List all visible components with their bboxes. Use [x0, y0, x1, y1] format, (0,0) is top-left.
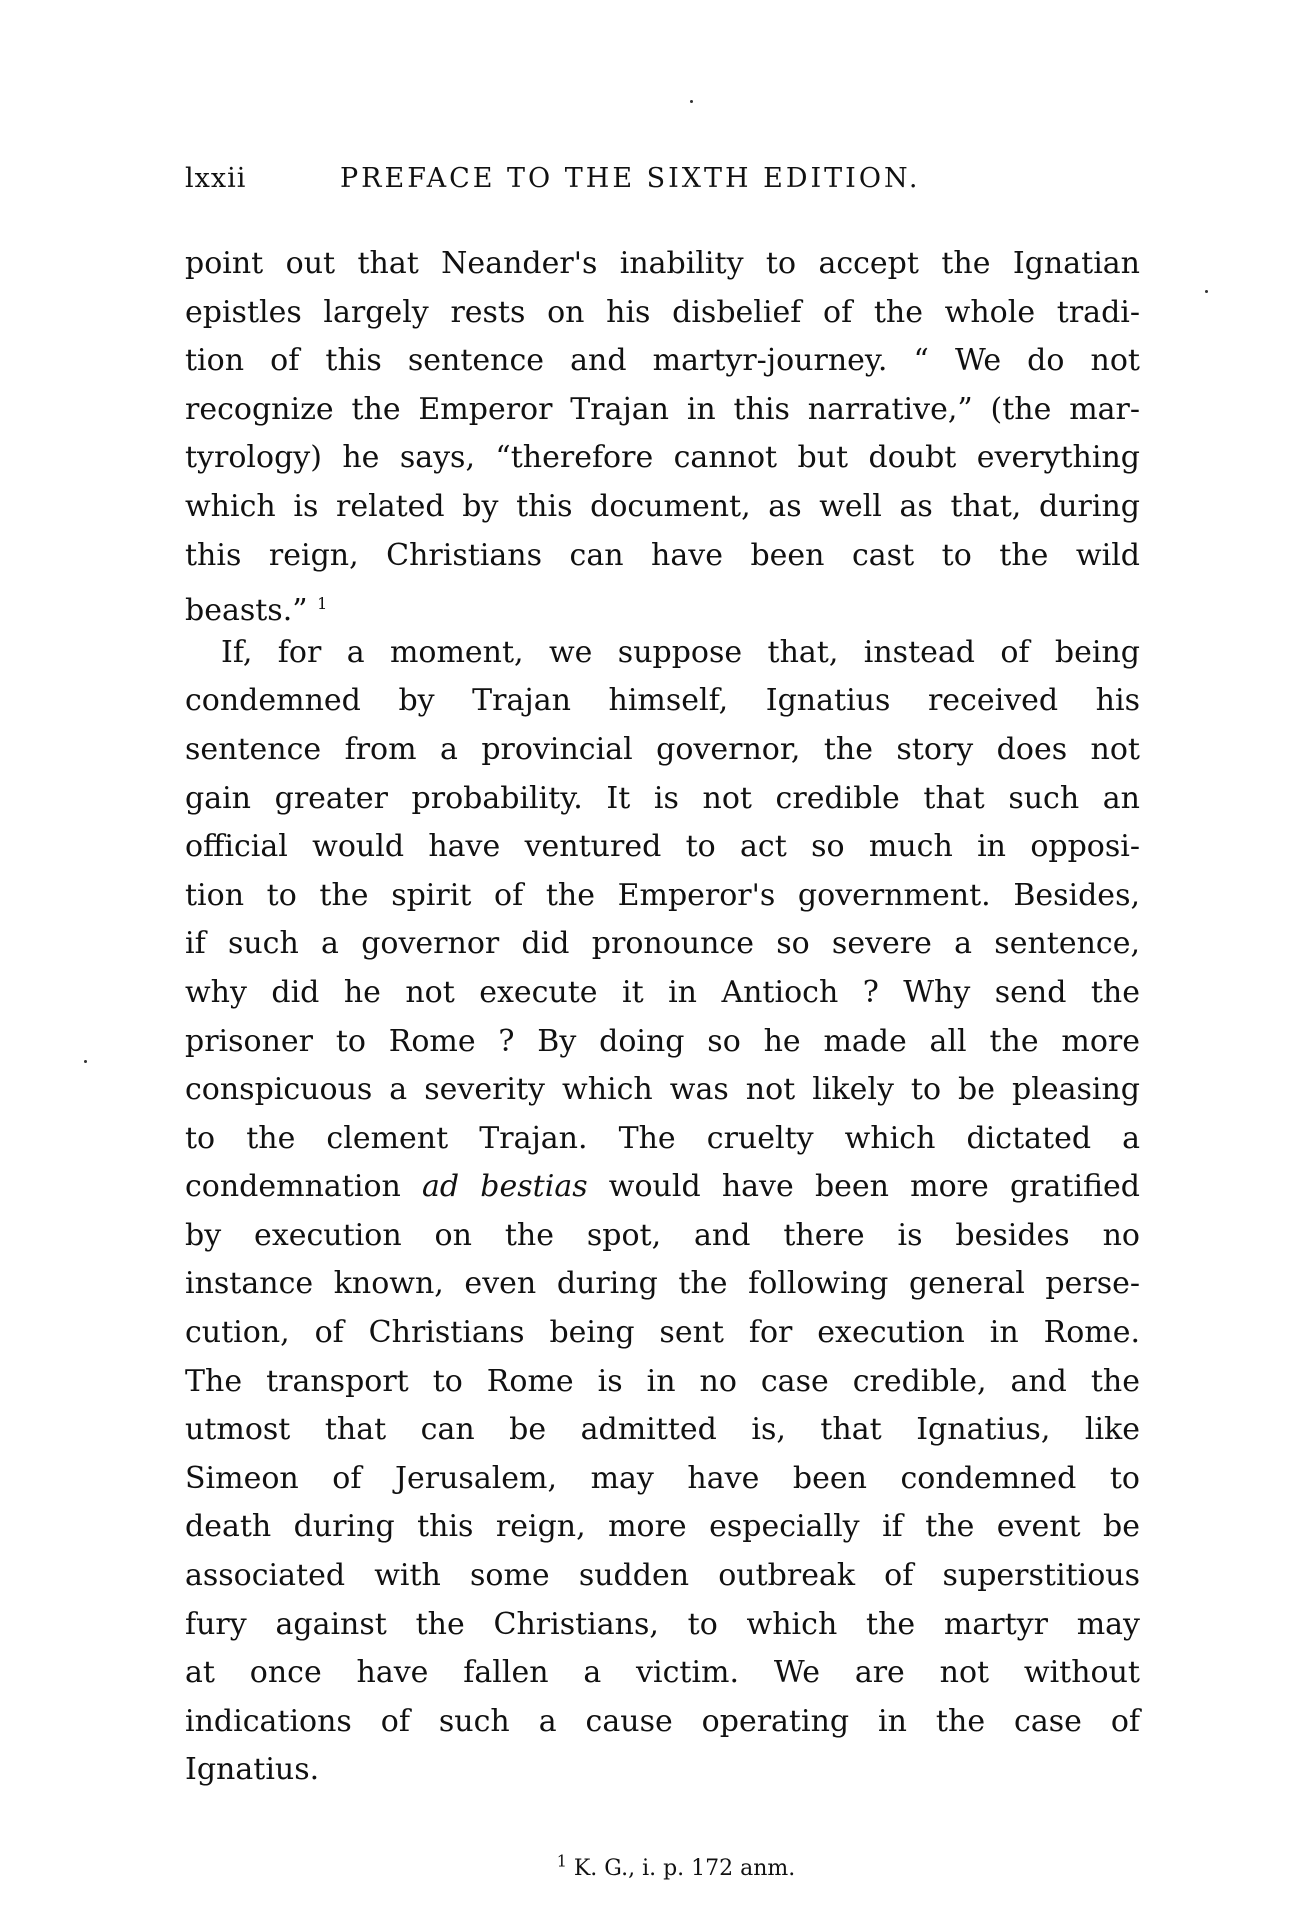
scan-speck [84, 1060, 87, 1063]
text-fragment: would have been more gratified [588, 1169, 1140, 1204]
text-line: if such a governor did pronounce so seve… [185, 920, 1140, 969]
text-line: Ignatius. [185, 1746, 1140, 1795]
page-header: lxxii PREFACE TO THE SIXTH EDITION. [185, 163, 1140, 203]
text-line-with-footnote: beasts.” 1 [185, 580, 1140, 629]
text-fragment: beasts.” [185, 593, 308, 628]
italic-phrase: ad bestias [422, 1169, 588, 1204]
text-line: by execution on the spot, and there is b… [185, 1212, 1140, 1261]
footnote: 1 K. G., i. p. 172 anm. [0, 1852, 1292, 1881]
scan-speck [1205, 290, 1208, 293]
text-line: condemned by Trajan himself, Ignatius re… [185, 677, 1140, 726]
text-line: cution, of Christians being sent for exe… [185, 1309, 1140, 1358]
book-page: lxxii PREFACE TO THE SIXTH EDITION. poin… [0, 0, 1292, 1925]
text-line: sentence from a provincial governor, the… [185, 726, 1140, 775]
text-fragment: condemnation [185, 1169, 422, 1204]
footnote-text: K. G., i. p. 172 anm. [574, 1856, 795, 1881]
text-line: Simeon of Jerusalem, may have been conde… [185, 1455, 1140, 1504]
text-line: The transport to Rome is in no case cred… [185, 1358, 1140, 1407]
text-line: official would have ventured to act so m… [185, 823, 1140, 872]
text-line: death during this reign, more especially… [185, 1503, 1140, 1552]
paragraph-first-line: If, for a moment, we suppose that, inste… [185, 629, 1140, 678]
footnote-reference: 1 [317, 594, 327, 613]
text-line: which is related by this document, as we… [185, 483, 1140, 532]
text-line: tion to the spirit of the Emperor's gove… [185, 872, 1140, 921]
text-line-with-italic: condemnation ad bestias would have been … [185, 1163, 1140, 1212]
text-line: why did he not execute it in Antioch ? W… [185, 969, 1140, 1018]
text-line: fury against the Christians, to which th… [185, 1601, 1140, 1650]
text-line: utmost that can be admitted is, that Ign… [185, 1406, 1140, 1455]
running-head: PREFACE TO THE SIXTH EDITION. [340, 163, 920, 194]
text-line: associated with some sudden outbreak of … [185, 1552, 1140, 1601]
text-line: tyrology) he says, “therefore cannot but… [185, 434, 1140, 483]
text-line: gain greater probability. It is not cred… [185, 775, 1140, 824]
text-line: point out that Neander's inability to ac… [185, 240, 1140, 289]
body-text: point out that Neander's inability to ac… [185, 240, 1140, 1795]
text-line: recognize the Emperor Trajan in this nar… [185, 386, 1140, 435]
text-line: at once have fallen a victim. We are not… [185, 1649, 1140, 1698]
footnote-marker: 1 [557, 1852, 567, 1871]
text-line: tion of this sentence and martyr-journey… [185, 337, 1140, 386]
text-line: this reign, Christians can have been cas… [185, 532, 1140, 581]
text-line: prisoner to Rome ? By doing so he made a… [185, 1018, 1140, 1067]
text-line: indications of such a cause operating in… [185, 1698, 1140, 1747]
scan-speck [690, 100, 693, 103]
text-line: instance known, even during the followin… [185, 1260, 1140, 1309]
text-line: to the clement Trajan. The cruelty which… [185, 1115, 1140, 1164]
text-line: epistles largely rests on his disbelief … [185, 289, 1140, 338]
text-line: conspicuous a severity which was not lik… [185, 1066, 1140, 1115]
page-number: lxxii [185, 163, 246, 194]
